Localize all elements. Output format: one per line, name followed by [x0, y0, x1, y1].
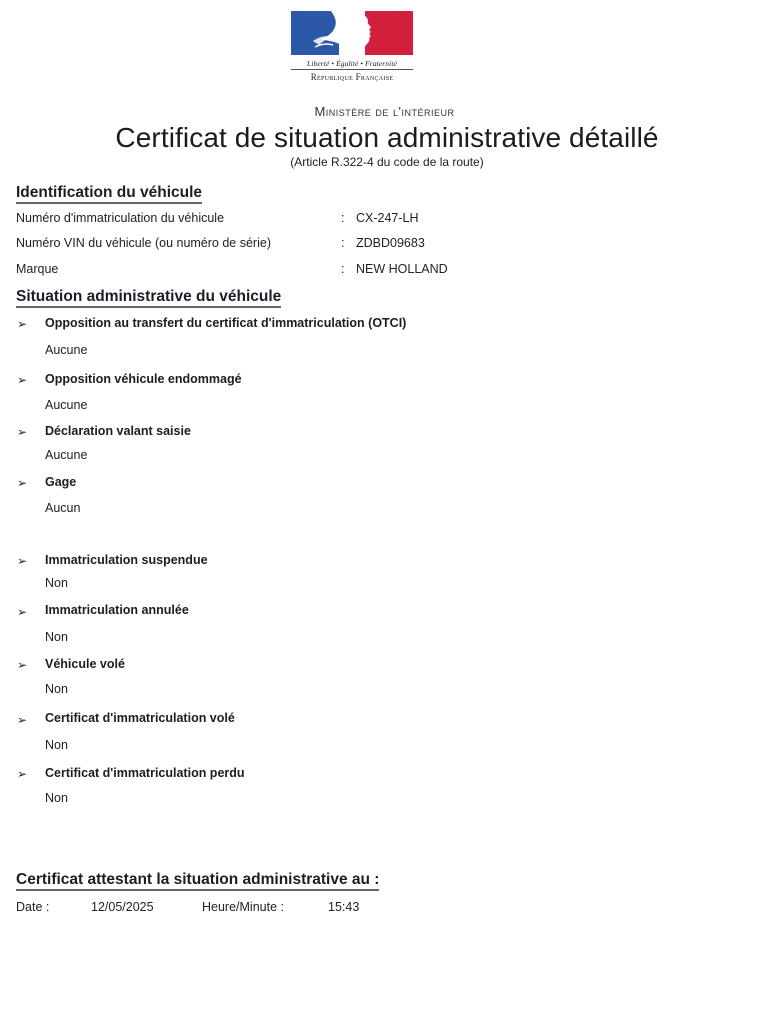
identification-heading: Identification du véhicule — [16, 183, 202, 204]
situation-heading: Situation administrative du véhicule — [16, 287, 281, 308]
id-value: CX-247-LH — [356, 211, 419, 225]
arrow-bullet-icon: ➢ — [17, 425, 27, 439]
item-label: Certificat d'immatriculation perdu — [45, 766, 245, 780]
arrow-bullet-icon: ➢ — [17, 317, 27, 331]
item-value: Non — [45, 682, 68, 696]
date-value: 12/05/2025 — [91, 900, 154, 914]
item-label: Gage — [45, 475, 76, 489]
document-title: Certificat de situation administrative d… — [0, 122, 769, 154]
item-value: Non — [45, 738, 68, 752]
item-label: Opposition véhicule endommagé — [45, 372, 242, 386]
arrow-bullet-icon: ➢ — [17, 713, 27, 727]
republique-francaise-logo: Liberté • Égalité • Fraternité Républiqu… — [291, 11, 414, 82]
id-label: Marque — [16, 262, 58, 276]
item-label: Immatriculation annulée — [45, 603, 189, 617]
republique-francaise-label: République Française — [291, 72, 413, 82]
item-value: Non — [45, 576, 68, 590]
item-label: Certificat d'immatriculation volé — [45, 711, 235, 725]
item-label: Opposition au transfert du certificat d'… — [45, 316, 406, 330]
date-label: Date : — [16, 900, 49, 914]
attestation-heading: Certificat attestant la situation admini… — [16, 870, 379, 891]
id-label: Numéro VIN du véhicule (ou numéro de sér… — [16, 236, 271, 250]
document-subtitle: (Article R.322-4 du code de la route) — [0, 155, 769, 169]
marianne-flag-icon — [291, 11, 413, 55]
item-value: Non — [45, 791, 68, 805]
item-value: Non — [45, 630, 68, 644]
id-value: ZDBD09683 — [356, 236, 425, 250]
id-label: Numéro d'immatriculation du véhicule — [16, 211, 224, 225]
item-value: Aucun — [45, 501, 80, 515]
item-value: Aucune — [45, 448, 87, 462]
time-label: Heure/Minute : — [202, 900, 284, 914]
id-value: NEW HOLLAND — [356, 262, 448, 276]
id-colon: : — [341, 262, 344, 276]
arrow-bullet-icon: ➢ — [17, 658, 27, 672]
arrow-bullet-icon: ➢ — [17, 554, 27, 568]
arrow-bullet-icon: ➢ — [17, 767, 27, 781]
id-colon: : — [341, 211, 344, 225]
arrow-bullet-icon: ➢ — [17, 605, 27, 619]
item-value: Aucune — [45, 343, 87, 357]
arrow-bullet-icon: ➢ — [17, 476, 27, 490]
motto: Liberté • Égalité • Fraternité — [291, 59, 413, 70]
item-label: Véhicule volé — [45, 657, 125, 671]
time-value: 15:43 — [328, 900, 359, 914]
id-colon: : — [341, 236, 344, 250]
arrow-bullet-icon: ➢ — [17, 373, 27, 387]
item-label: Déclaration valant saisie — [45, 424, 191, 438]
item-value: Aucune — [45, 398, 87, 412]
ministry-name: Ministère de l'intérieur — [0, 104, 769, 119]
item-label: Immatriculation suspendue — [45, 553, 208, 567]
